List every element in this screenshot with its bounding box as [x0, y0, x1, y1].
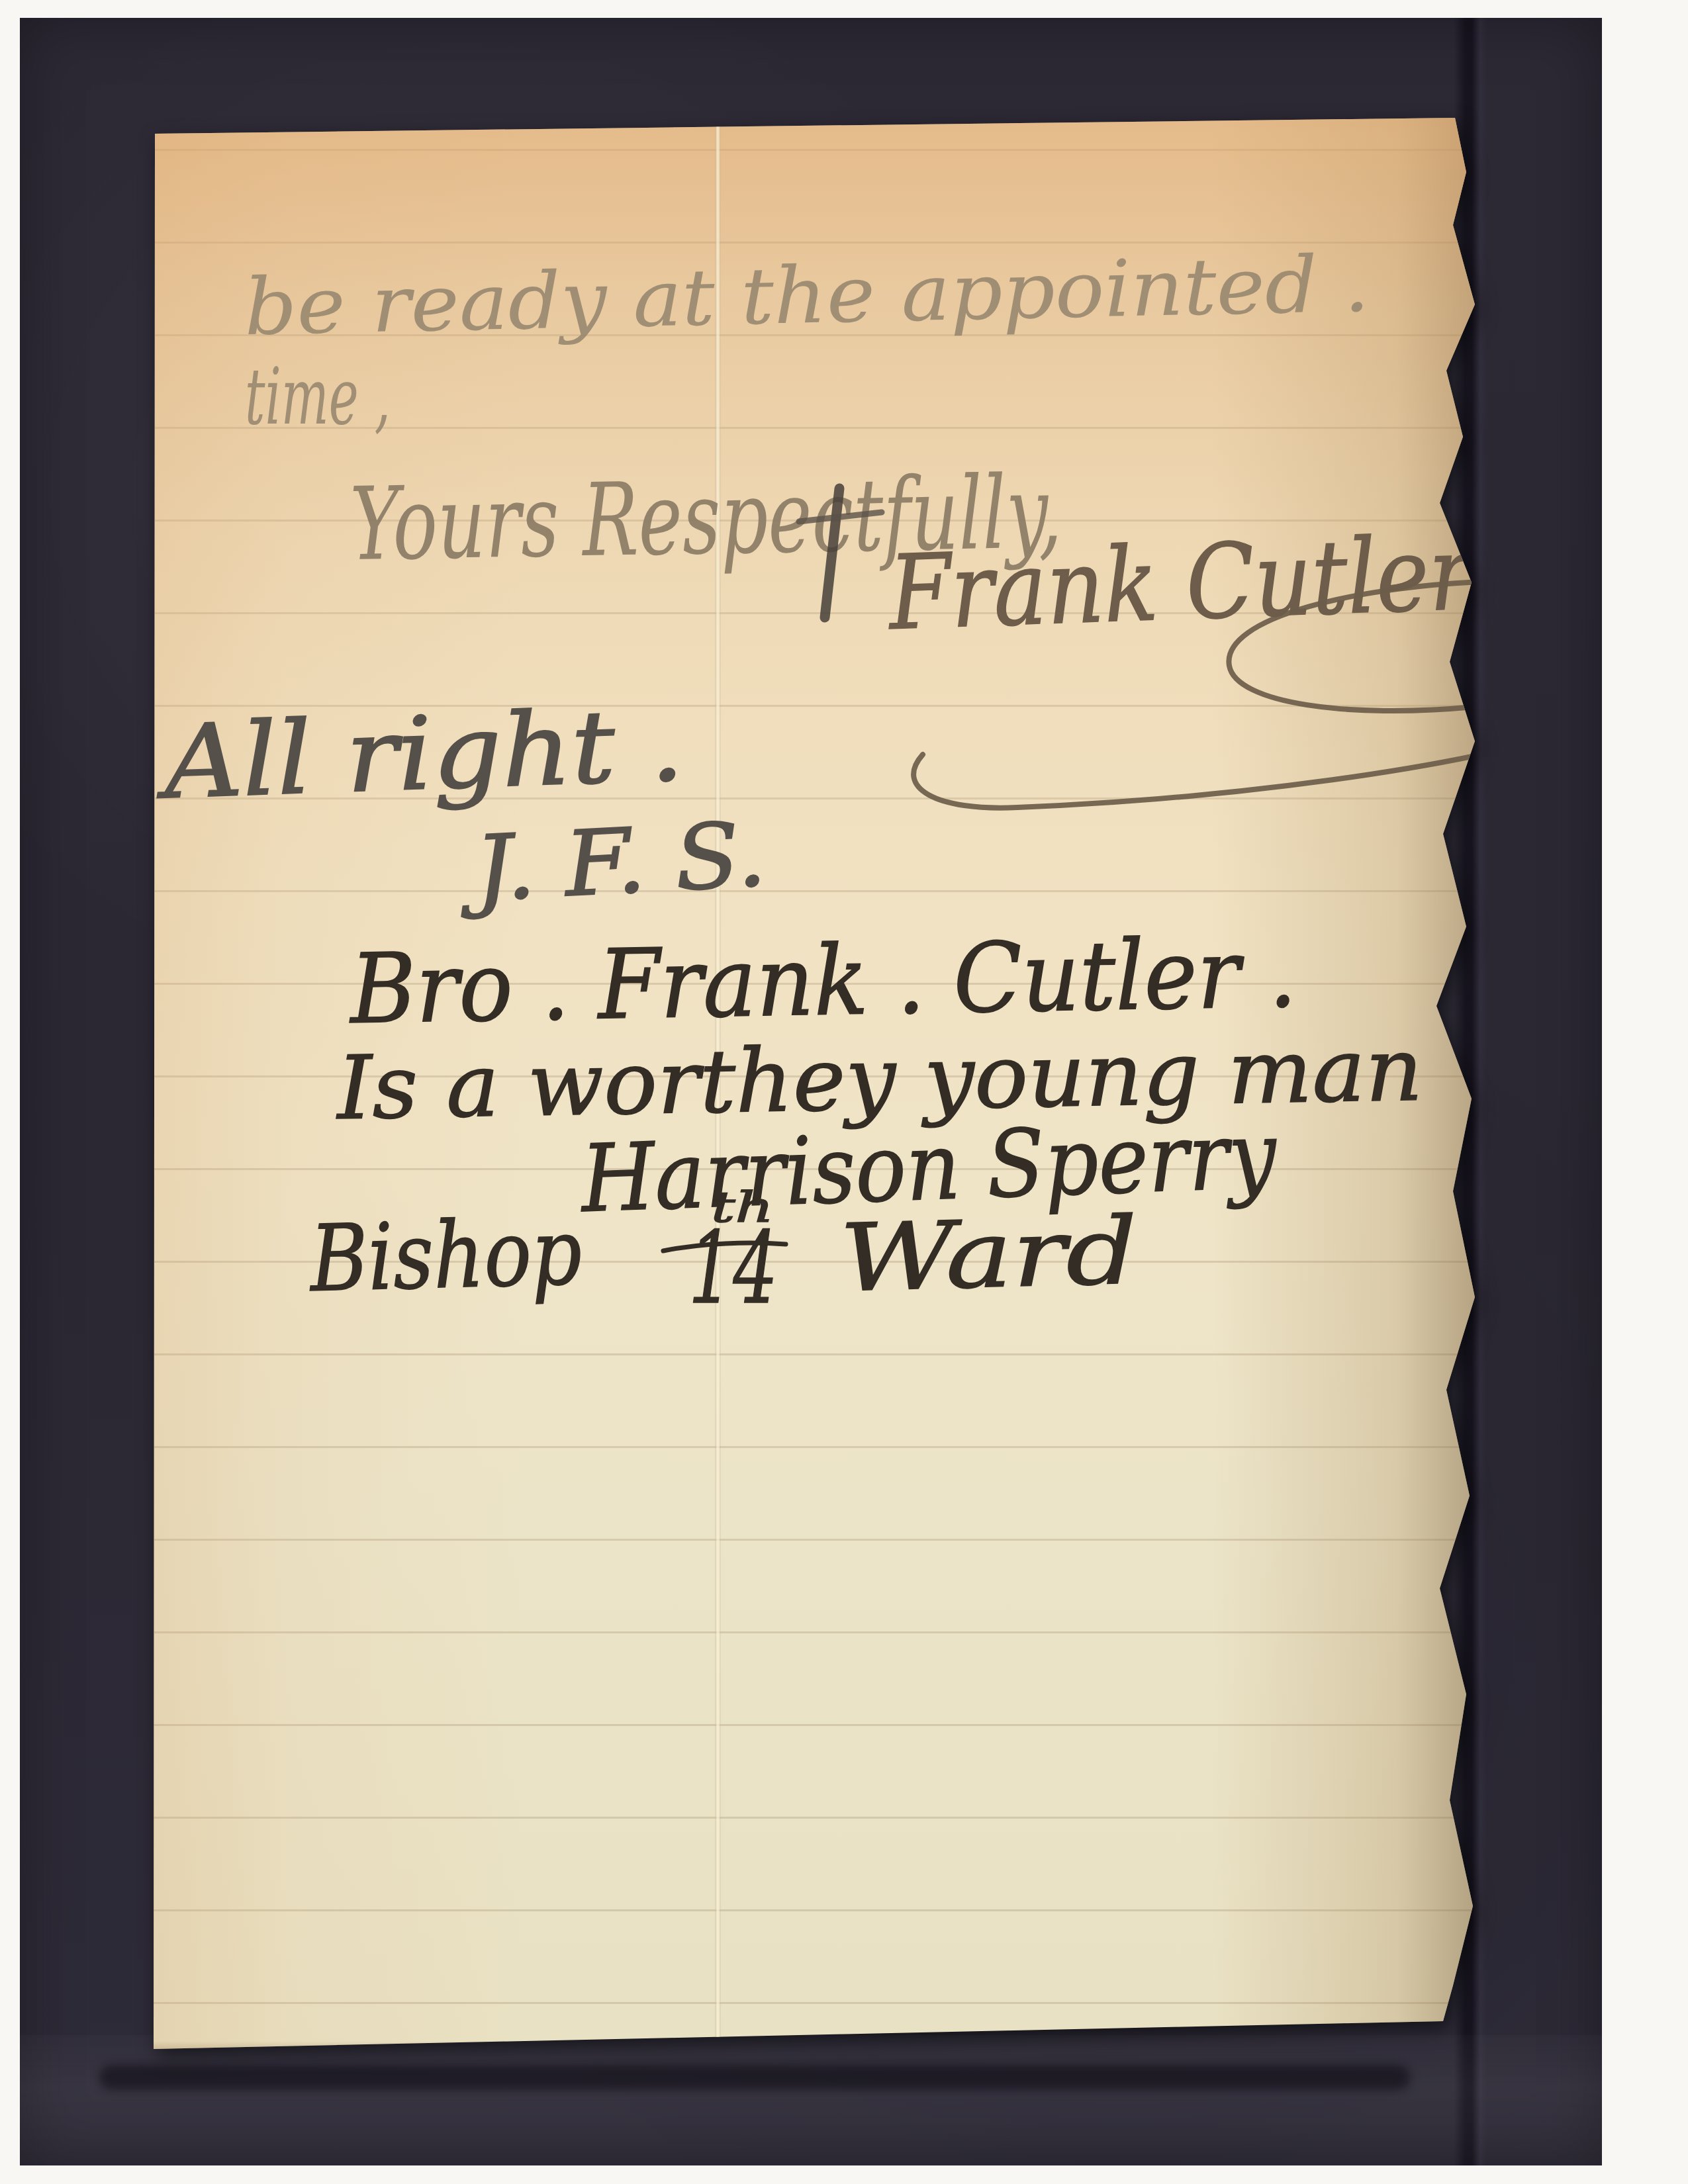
letter-paper-wrapper: be ready at the appointed . time , Yours…: [154, 118, 1476, 2050]
handwriting-body-line1: be ready at the appointed .: [244, 238, 1371, 353]
signature-underline-flourish: [914, 677, 1476, 808]
scanned-letter-page: { "palette": { "scan_background": "#f8f7…: [0, 0, 1688, 2184]
ink-endorsement-group: Bro . Frank . Cutler . Is a worthey youn…: [307, 917, 1423, 1326]
handwriting-signature: Frank Cutler: [885, 513, 1476, 653]
handwriting-approval: All right .: [154, 686, 686, 822]
mat-bottom-shadow-streak: [99, 2065, 1410, 2090]
signature-group: Frank Cutler: [885, 513, 1476, 808]
handwriting-initials: J. F. S.: [456, 802, 769, 922]
pencil-reply-group: All right . J. F. S.: [154, 686, 769, 923]
handwriting-ward-number-suffix: th: [711, 1183, 774, 1232]
handwriting-bishop-word: Bishop: [307, 1199, 583, 1312]
handwriting-body-line2: time ,: [245, 351, 391, 442]
letter-paper: be ready at the appointed . time , Yours…: [154, 118, 1476, 2050]
handwriting-layer: be ready at the appointed . time , Yours…: [154, 118, 1476, 2050]
handwriting-ward-word: Ward: [839, 1197, 1139, 1313]
mat-bottom-band: [20, 2035, 1602, 2165]
